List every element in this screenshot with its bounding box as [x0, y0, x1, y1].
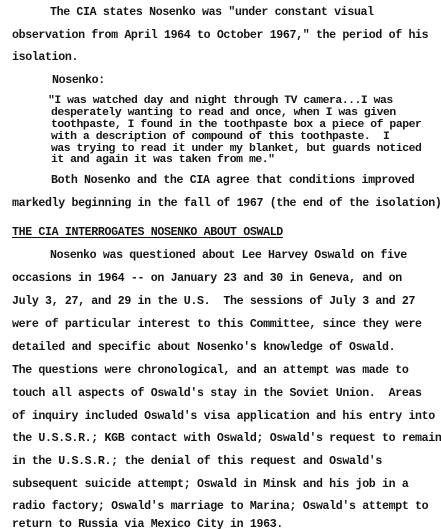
text-line: were of particular interest to this Comm… [12, 318, 422, 332]
text-line: The CIA states Nosenko was "under consta… [50, 6, 374, 20]
text-line: detailed and specific about Nosenko's kn… [12, 341, 395, 355]
text-line: observation from April 1964 to October 1… [12, 29, 428, 43]
text-line: Nosenko was questioned about Lee Harvey … [50, 249, 407, 263]
document-page: The CIA states Nosenko was "under consta… [0, 0, 441, 529]
quote-line: it and again it was taken from me." [51, 153, 275, 167]
text-line: isolation. [12, 51, 78, 65]
text-line: return to Russia via Mexico City in 1963… [12, 518, 283, 529]
text-line: Both Nosenko and the CIA agree that cond… [51, 174, 414, 188]
text-line: occasions in 1964 -- on January 23 and 3… [12, 272, 402, 286]
text-line: of inquiry included Oswald's visa applic… [12, 410, 435, 424]
text-line: the U.S.S.R.; KGB contact with Oswald; O… [12, 432, 441, 446]
speaker-label: Nosenko: [52, 74, 105, 88]
text-line: touch all aspects of Oswald's stay in th… [12, 387, 422, 401]
section-heading: THE CIA INTERROGATES NOSENKO ABOUT OSWAL… [12, 226, 283, 240]
text-line: The questions were chronological, and an… [12, 364, 408, 378]
text-line: radio factory; Oswald's marriage to Mari… [12, 500, 428, 514]
text-line: subsequent suicide attempt; Oswald in Mi… [12, 478, 408, 492]
text-line: markedly beginning in the fall of 1967 (… [12, 197, 441, 211]
text-line: July 3, 27, and 29 in the U.S. The sessi… [12, 295, 415, 309]
text-line: in the U.S.S.R.; the denial of this requ… [12, 455, 382, 469]
